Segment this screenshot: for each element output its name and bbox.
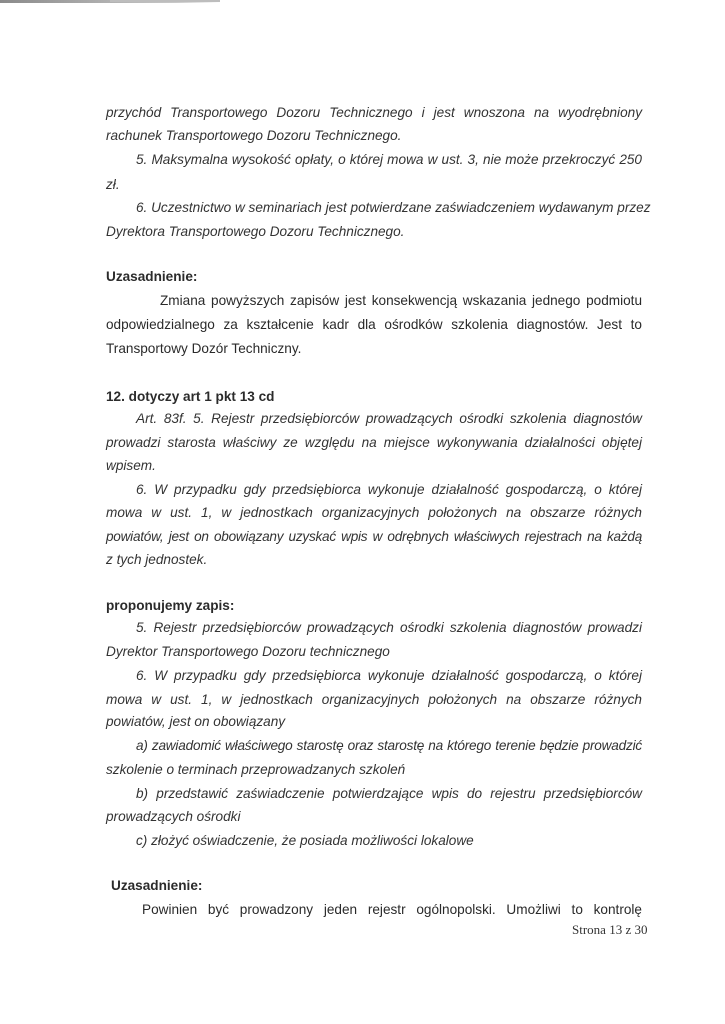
section-heading: 12. dotyczy art 1 pkt 13 cd [106, 389, 274, 405]
text-line: powiatów, jest on obowiązany [106, 714, 285, 730]
text-line: b) przedstawić zaświadczenie potwierdzaj… [136, 786, 642, 802]
text-line: 5. Maksymalna wysokość opłaty, o której … [136, 152, 642, 168]
text-line: prowadzi starosta właściwy ze względu na… [106, 435, 642, 451]
text-line: Zmiana powyższych zapisów jest konsekwen… [160, 293, 642, 309]
section-heading: Uzasadnienie: [111, 878, 202, 894]
text-line: 5. Rejestr przedsiębiorców prowadzących … [136, 620, 642, 636]
section-heading: proponujemy zapis: [106, 598, 234, 614]
text-line: 6. W przypadku gdy przedsiębiorca wykonu… [136, 482, 642, 498]
text-line: odpowiedzialnego za kształcenie kadr dla… [106, 317, 642, 333]
text-line: Powinien być prowadzony jeden rejestr og… [142, 902, 642, 918]
text-line: szkolenie o terminach przeprowadzanych s… [106, 762, 405, 778]
text-line: Dyrektor Transportowego Dozoru techniczn… [106, 644, 390, 660]
text-line: mowa w ust. 1, w jednostkach organizacyj… [106, 505, 642, 521]
text-line: Transportowy Dozór Techniczny. [106, 341, 301, 357]
text-line: 6. W przypadku gdy przedsiębiorca wykonu… [136, 668, 642, 684]
text-line: Dyrektora Transportowego Dozoru Technicz… [106, 224, 404, 240]
text-line: prowadzących ośrodki [106, 809, 241, 825]
page-number: Strona 13 z 30 [572, 922, 647, 938]
text-line: a) zawiadomić właściwego starostę oraz s… [136, 738, 642, 754]
section-heading: Uzasadnienie: [106, 269, 197, 285]
text-line: powiatów, jest on obowiązany uzyskać wpi… [106, 529, 642, 545]
text-line: przychód Transportowego Dozoru Techniczn… [106, 105, 642, 121]
text-line: 6. Uczestnictwo w seminariach jest potwi… [136, 200, 642, 216]
text-line: zł. [106, 177, 120, 193]
text-line: z tych jednostek. [106, 552, 207, 568]
text-line: wpisem. [106, 458, 156, 474]
text-line: Art. 83f. 5. Rejestr przedsiębiorców pro… [136, 411, 642, 427]
text-line: rachunek Transportowego Dozoru Techniczn… [106, 128, 401, 144]
text-line: c) złożyć oświadczenie, że posiada możli… [136, 833, 474, 849]
text-line: mowa w ust. 1, w jednostkach organizacyj… [106, 692, 642, 708]
scan-edge-secondary [110, 0, 220, 2]
